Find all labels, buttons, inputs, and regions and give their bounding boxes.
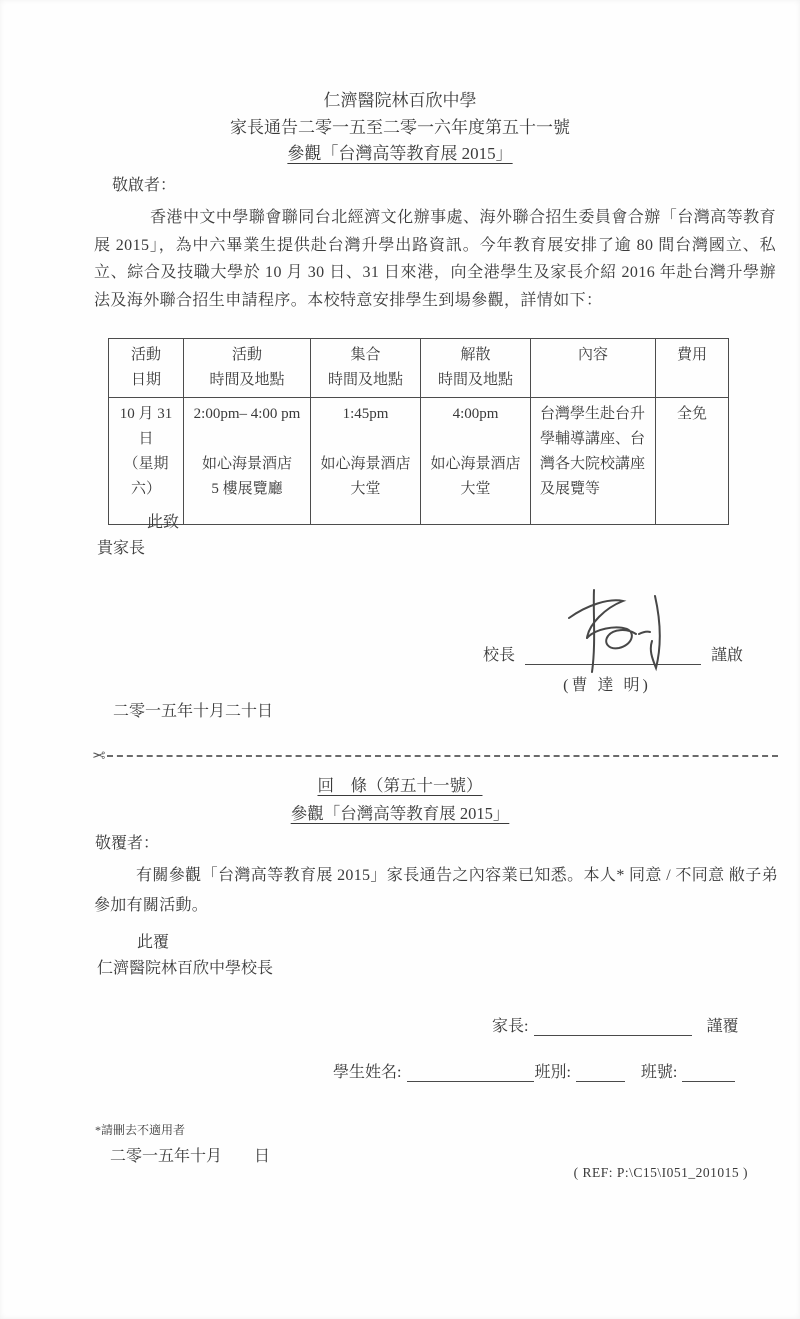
parent-signature-field[interactable] [534, 1016, 692, 1036]
parent-signature-row: 家長: 謹覆 [492, 1013, 738, 1036]
scissors-icon: ✂ [92, 748, 105, 764]
cell-content: 台灣學生赴台升學輔導講座、台灣各大院校講座及展覽等 [531, 398, 656, 525]
principal-role-label: 校長 [483, 642, 515, 665]
delete-inapplicable-footnote: *請刪去不適用者 [95, 1121, 185, 1138]
principal-signature-row: 校長 謹啟 [483, 642, 743, 665]
parent-label: 家長: [492, 1013, 528, 1036]
reply-closing: 此覆 [137, 929, 169, 952]
class-label: 班別: [534, 1059, 570, 1082]
reply-date-line: 二零一五年十月 日 [110, 1143, 270, 1166]
cell-fee: 全免 [656, 398, 729, 525]
principal-name: (曹 達 明) [519, 672, 695, 695]
principal-signoff-label: 謹啟 [711, 642, 743, 665]
notice-body-paragraph: 香港中文中學聯會聯同台北經濟文化辦事處、海外聯合招生委員會合辦「台灣高等教育展 … [94, 204, 776, 314]
header-activity-time-place: 活動 時間及地點 [184, 339, 311, 398]
reply-body-paragraph: 有關參觀「台灣高等教育展 2015」家長通告之內容業已知悉。本人* 同意 / 不… [94, 861, 778, 921]
notice-subject: 參觀「台灣高等教育展 2015」 [0, 141, 800, 168]
reply-addressee: 仁濟醫院林百欣中學校長 [97, 955, 273, 978]
document-header: 仁濟醫院林百欣中學 家長通告二零一五至二零一六年度第五十一號 參觀「台灣高等教育… [0, 88, 800, 168]
file-reference: ( REF: P:\C15\I051_201015 ) [0, 1165, 748, 1181]
closing-cizhi: 此致 [147, 509, 179, 532]
notice-date: 二零一五年十月二十日 [113, 698, 273, 721]
reply-slip-subheading: 參觀「台灣高等教育展 2015」 [0, 800, 800, 824]
principal-signature-line [525, 642, 701, 665]
parent-signoff-label: 謹覆 [706, 1013, 738, 1036]
closing-dear-parent: 貴家長 [97, 535, 145, 558]
scanned-notice-page: 仁濟醫院林百欣中學 家長通告二零一五至二零一六年度第五十一號 參觀「台灣高等教育… [0, 0, 800, 1319]
reply-slip-title: 回 條（第五十一號） [318, 776, 483, 795]
cut-here-divider: ✂ [92, 748, 778, 764]
salutation: 敬啟者： [112, 172, 176, 195]
student-info-row: 學生姓名: 班別: 班號: [333, 1059, 735, 1082]
reply-slip-heading: 回 條（第五十一號） [0, 772, 800, 796]
cell-activity-time-place: 2:00pm– 4:00 pm 如心海景酒店 5 樓展覽廳 [184, 398, 311, 525]
class-number-field[interactable] [682, 1062, 735, 1082]
student-name-field[interactable] [407, 1062, 534, 1082]
class-field[interactable] [576, 1062, 625, 1082]
class-number-label: 班號: [641, 1059, 677, 1082]
school-name: 仁濟醫院林百欣中學 [0, 88, 800, 115]
table-header-row: 活動 日期 活動 時間及地點 集合 時間及地點 解散 時間及地點 內容 費用 [109, 339, 729, 398]
student-name-label: 學生姓名: [333, 1059, 401, 1082]
notice-number: 家長通告二零一五至二零一六年度第五十一號 [0, 115, 800, 142]
dashed-cut-line [107, 755, 778, 757]
header-assembly-time-place: 集合 時間及地點 [311, 339, 421, 398]
cell-assembly-time-place: 1:45pm 如心海景酒店 大堂 [311, 398, 421, 525]
event-details-table: 活動 日期 活動 時間及地點 集合 時間及地點 解散 時間及地點 內容 費用 1… [108, 338, 729, 525]
header-activity-date: 活動 日期 [109, 339, 184, 398]
header-dismissal-time-place: 解散 時間及地點 [421, 339, 531, 398]
header-content: 內容 [531, 339, 656, 398]
reply-slip-subject: 參觀「台灣高等教育展 2015」 [291, 804, 510, 823]
header-fee: 費用 [656, 339, 729, 398]
table-row: 10 月 31 日 （星期六） 2:00pm– 4:00 pm 如心海景酒店 5… [109, 398, 729, 525]
reply-salutation: 敬覆者： [95, 830, 159, 853]
cell-dismissal-time-place: 4:00pm 如心海景酒店 大堂 [421, 398, 531, 525]
principal-signature-icon [539, 588, 689, 674]
cell-activity-date: 10 月 31 日 （星期六） [109, 398, 184, 525]
